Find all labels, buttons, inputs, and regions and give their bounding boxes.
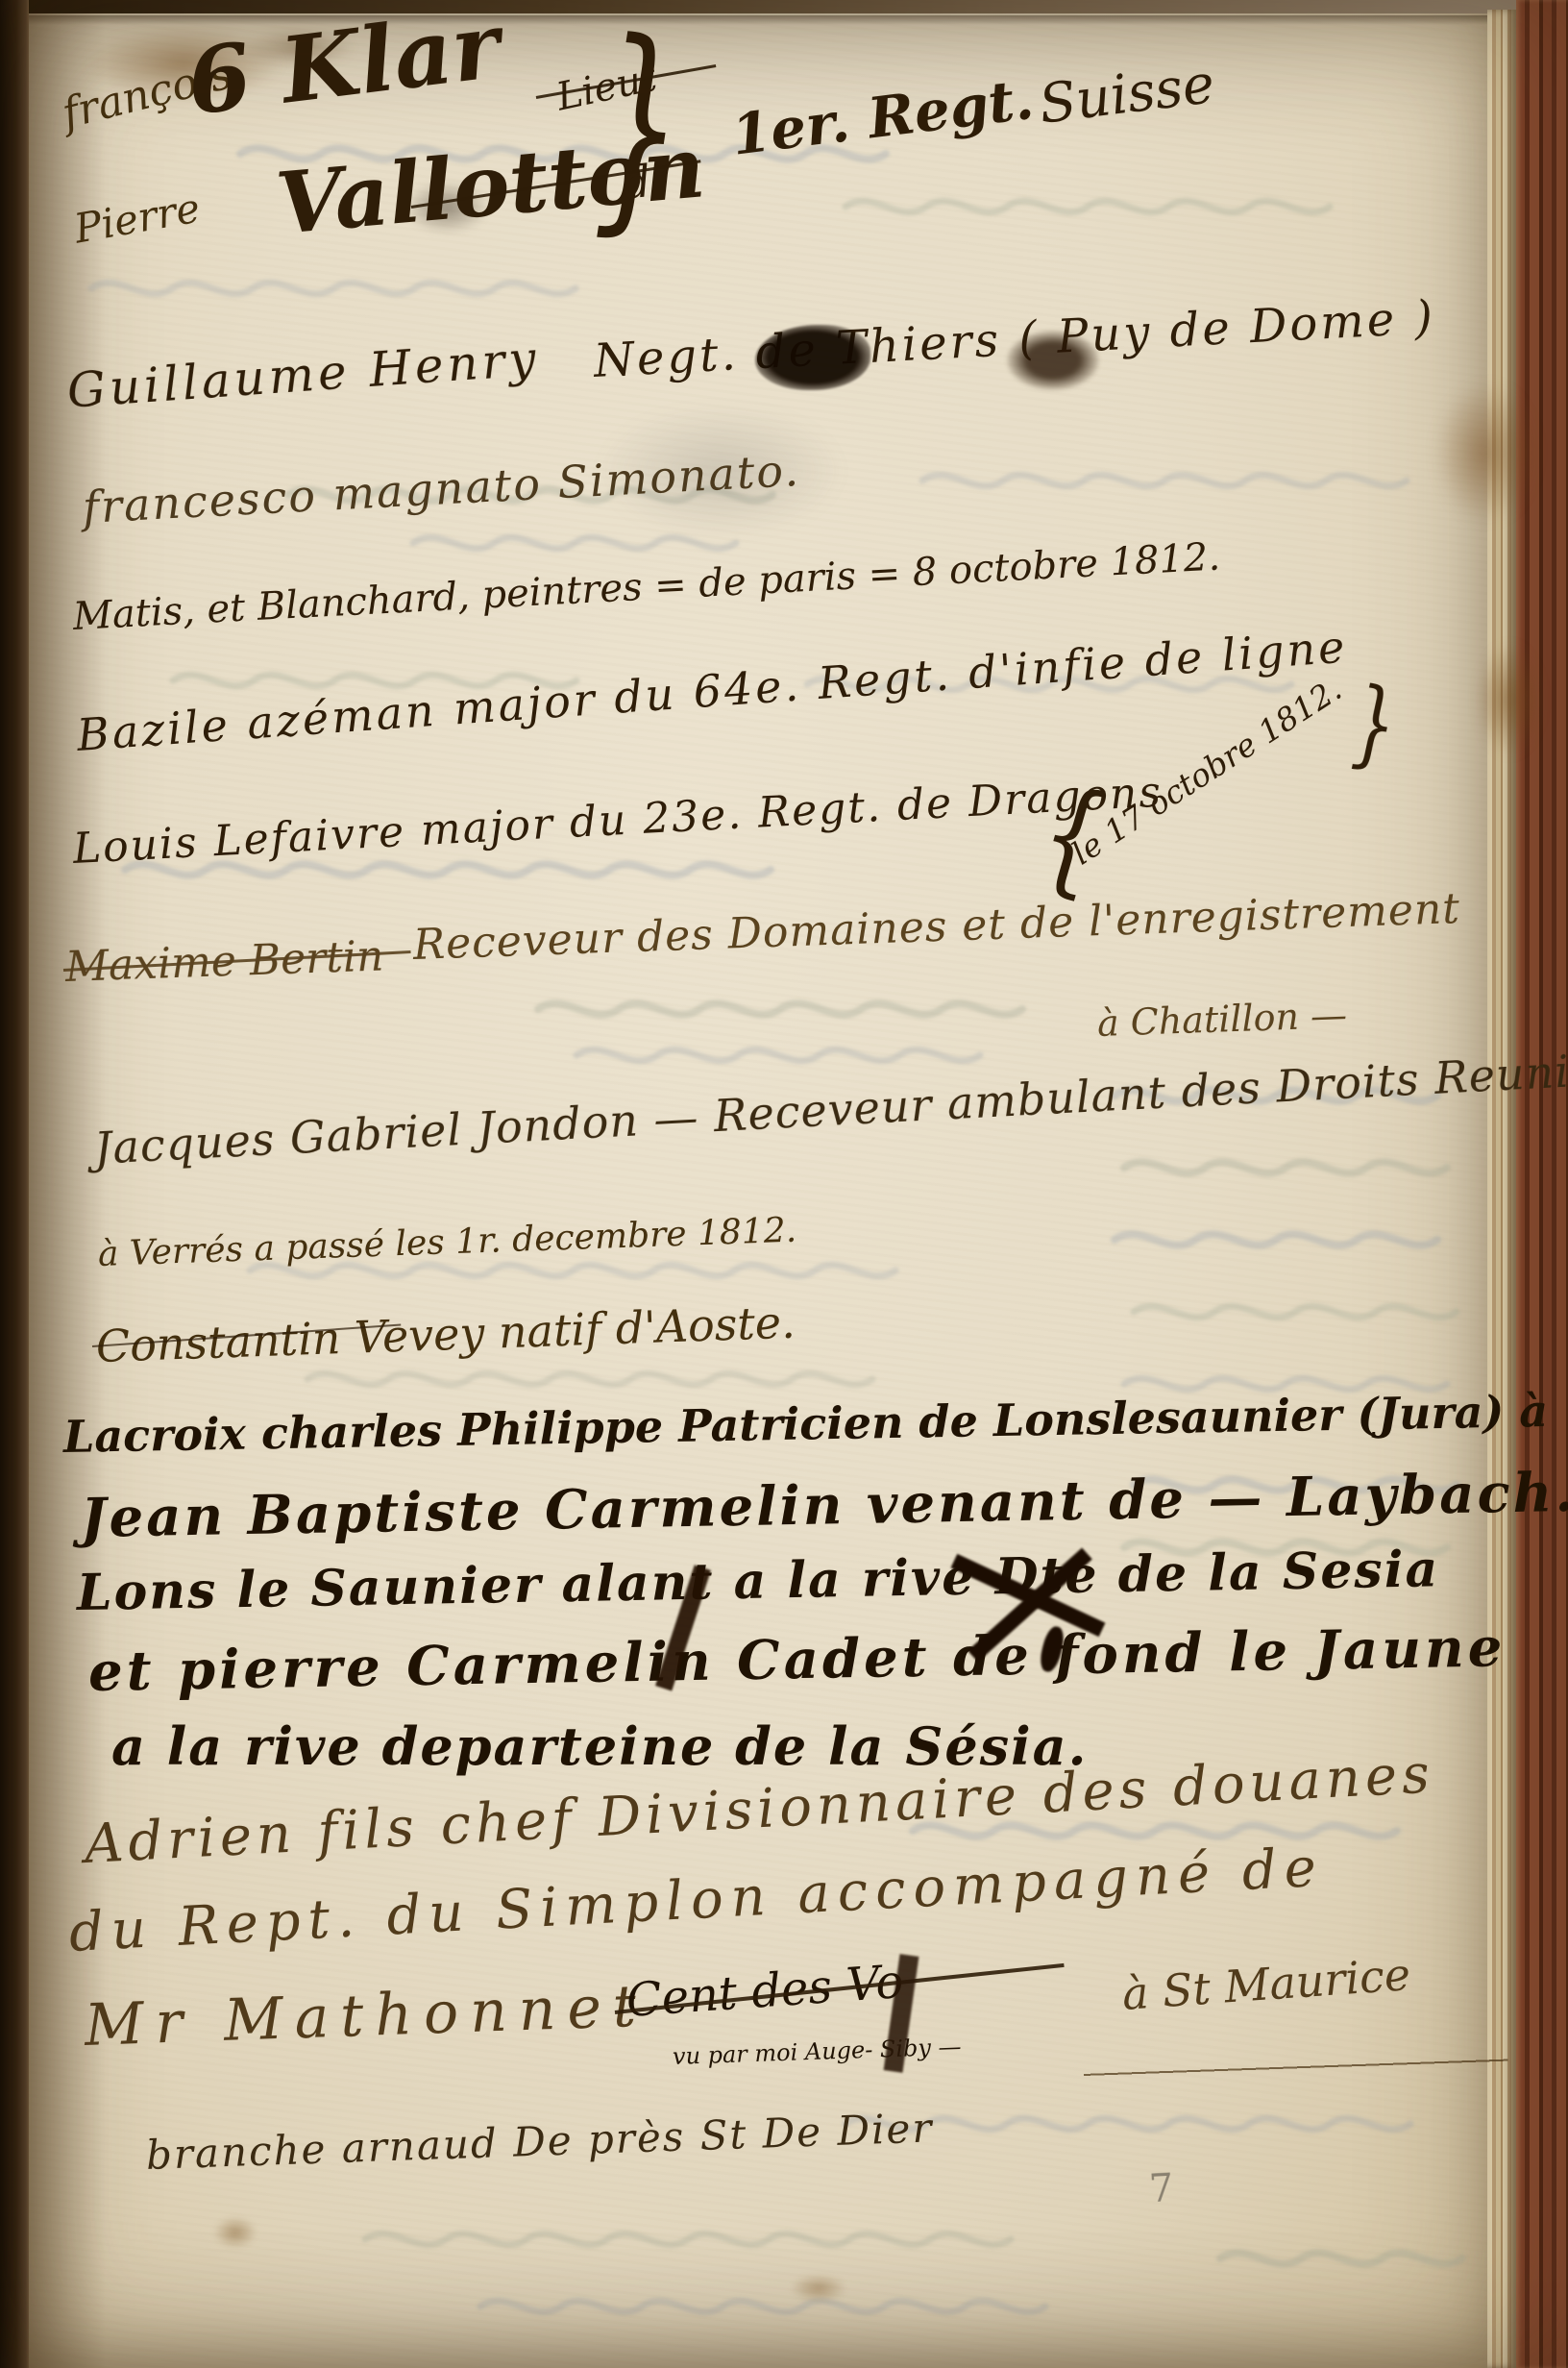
ink-stain bbox=[790, 2274, 847, 2303]
page-number-pencil: 7 bbox=[1148, 2169, 1175, 2208]
ink-blot bbox=[1007, 331, 1099, 390]
grouping-brace: } bbox=[1349, 673, 1399, 775]
entry-reg2-ditto-struck: d° bbox=[621, 157, 675, 206]
ink-stain bbox=[213, 2216, 257, 2249]
entry-bertin-place: à Chatillon — bbox=[1096, 997, 1347, 1042]
ink-stain bbox=[1476, 642, 1543, 757]
ink-stain bbox=[1433, 381, 1539, 525]
entry-lacroix-line5: a la rive departeine de la Sésia. bbox=[111, 1720, 1088, 1772]
manuscript-page-photo: françois 6 Klar Lieut } 1er. Regt. Suiss… bbox=[0, 0, 1568, 2368]
ink-blot bbox=[755, 325, 870, 390]
